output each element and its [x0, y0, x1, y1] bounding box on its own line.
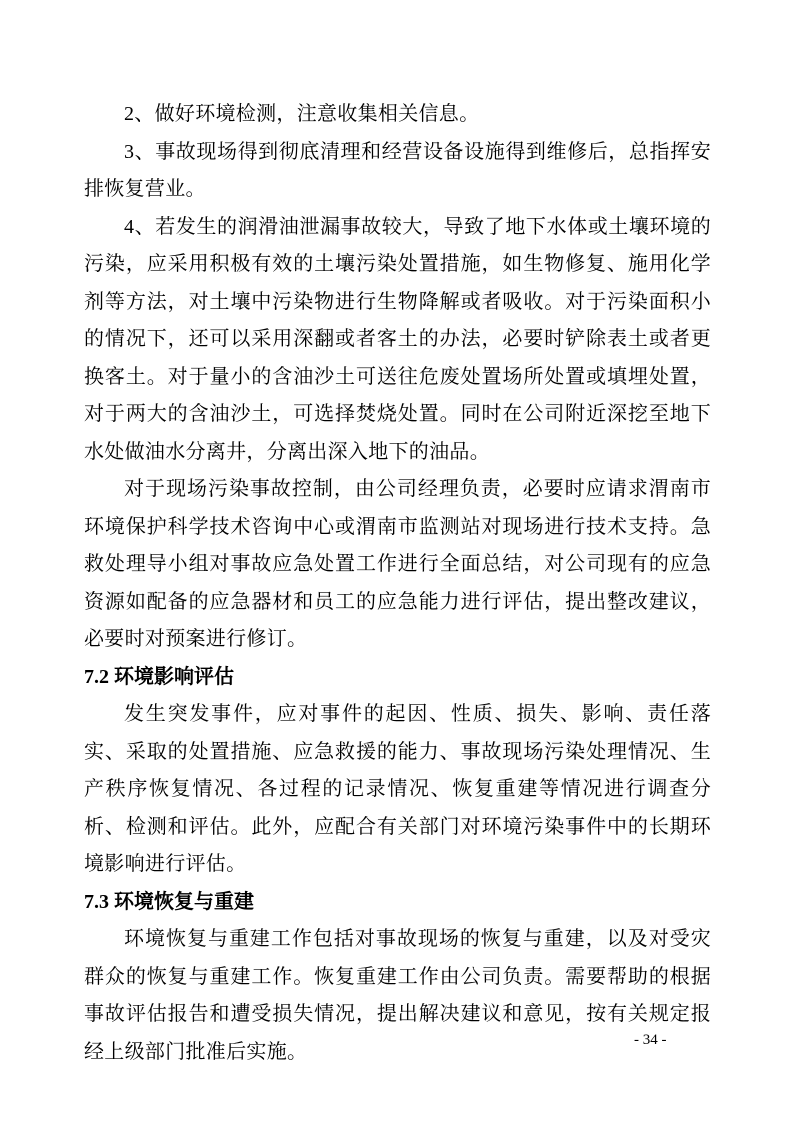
- section-number: 7.2: [84, 666, 109, 688]
- paragraph-recovery-reconstruction: 环境恢复与重建工作包括对事故现场的恢复与重建，以及对受灾群众的恢复与重建工作。恢…: [84, 921, 711, 1071]
- page-number: - 34 -: [634, 1029, 667, 1051]
- section-number: 7.3: [84, 891, 109, 913]
- document-page: 2、做好环境检测，注意收集相关信息。 3、事故现场得到彻底清理和经营设备设施得到…: [0, 0, 793, 1122]
- section-title: 环境恢复与重建: [114, 891, 254, 913]
- paragraph-item-4: 4、若发生的润滑油泄漏事故较大，导致了地下水体或土壤环境的污染，应采用积极有效的…: [84, 209, 711, 472]
- paragraph-item-2: 2、做好环境检测，注意收集相关信息。: [84, 96, 711, 134]
- page-content: 2、做好环境检测，注意收集相关信息。 3、事故现场得到彻底清理和经营设备设施得到…: [84, 96, 711, 1071]
- paragraph-pollution-control: 对于现场污染事故控制，由公司经理负责，必要时应请求渭南市环境保护科学技术咨询中心…: [84, 471, 711, 659]
- section-heading-7-3: 7.3环境恢复与重建: [84, 884, 711, 922]
- section-heading-7-2: 7.2环境影响评估: [84, 659, 711, 697]
- paragraph-impact-assessment: 发生突发事件，应对事件的起因、性质、损失、影响、责任落实、采取的处置措施、应急救…: [84, 696, 711, 884]
- section-title: 环境影响评估: [114, 666, 234, 688]
- paragraph-item-3: 3、事故现场得到彻底清理和经营设备设施得到维修后，总指挥安排恢复营业。: [84, 134, 711, 209]
